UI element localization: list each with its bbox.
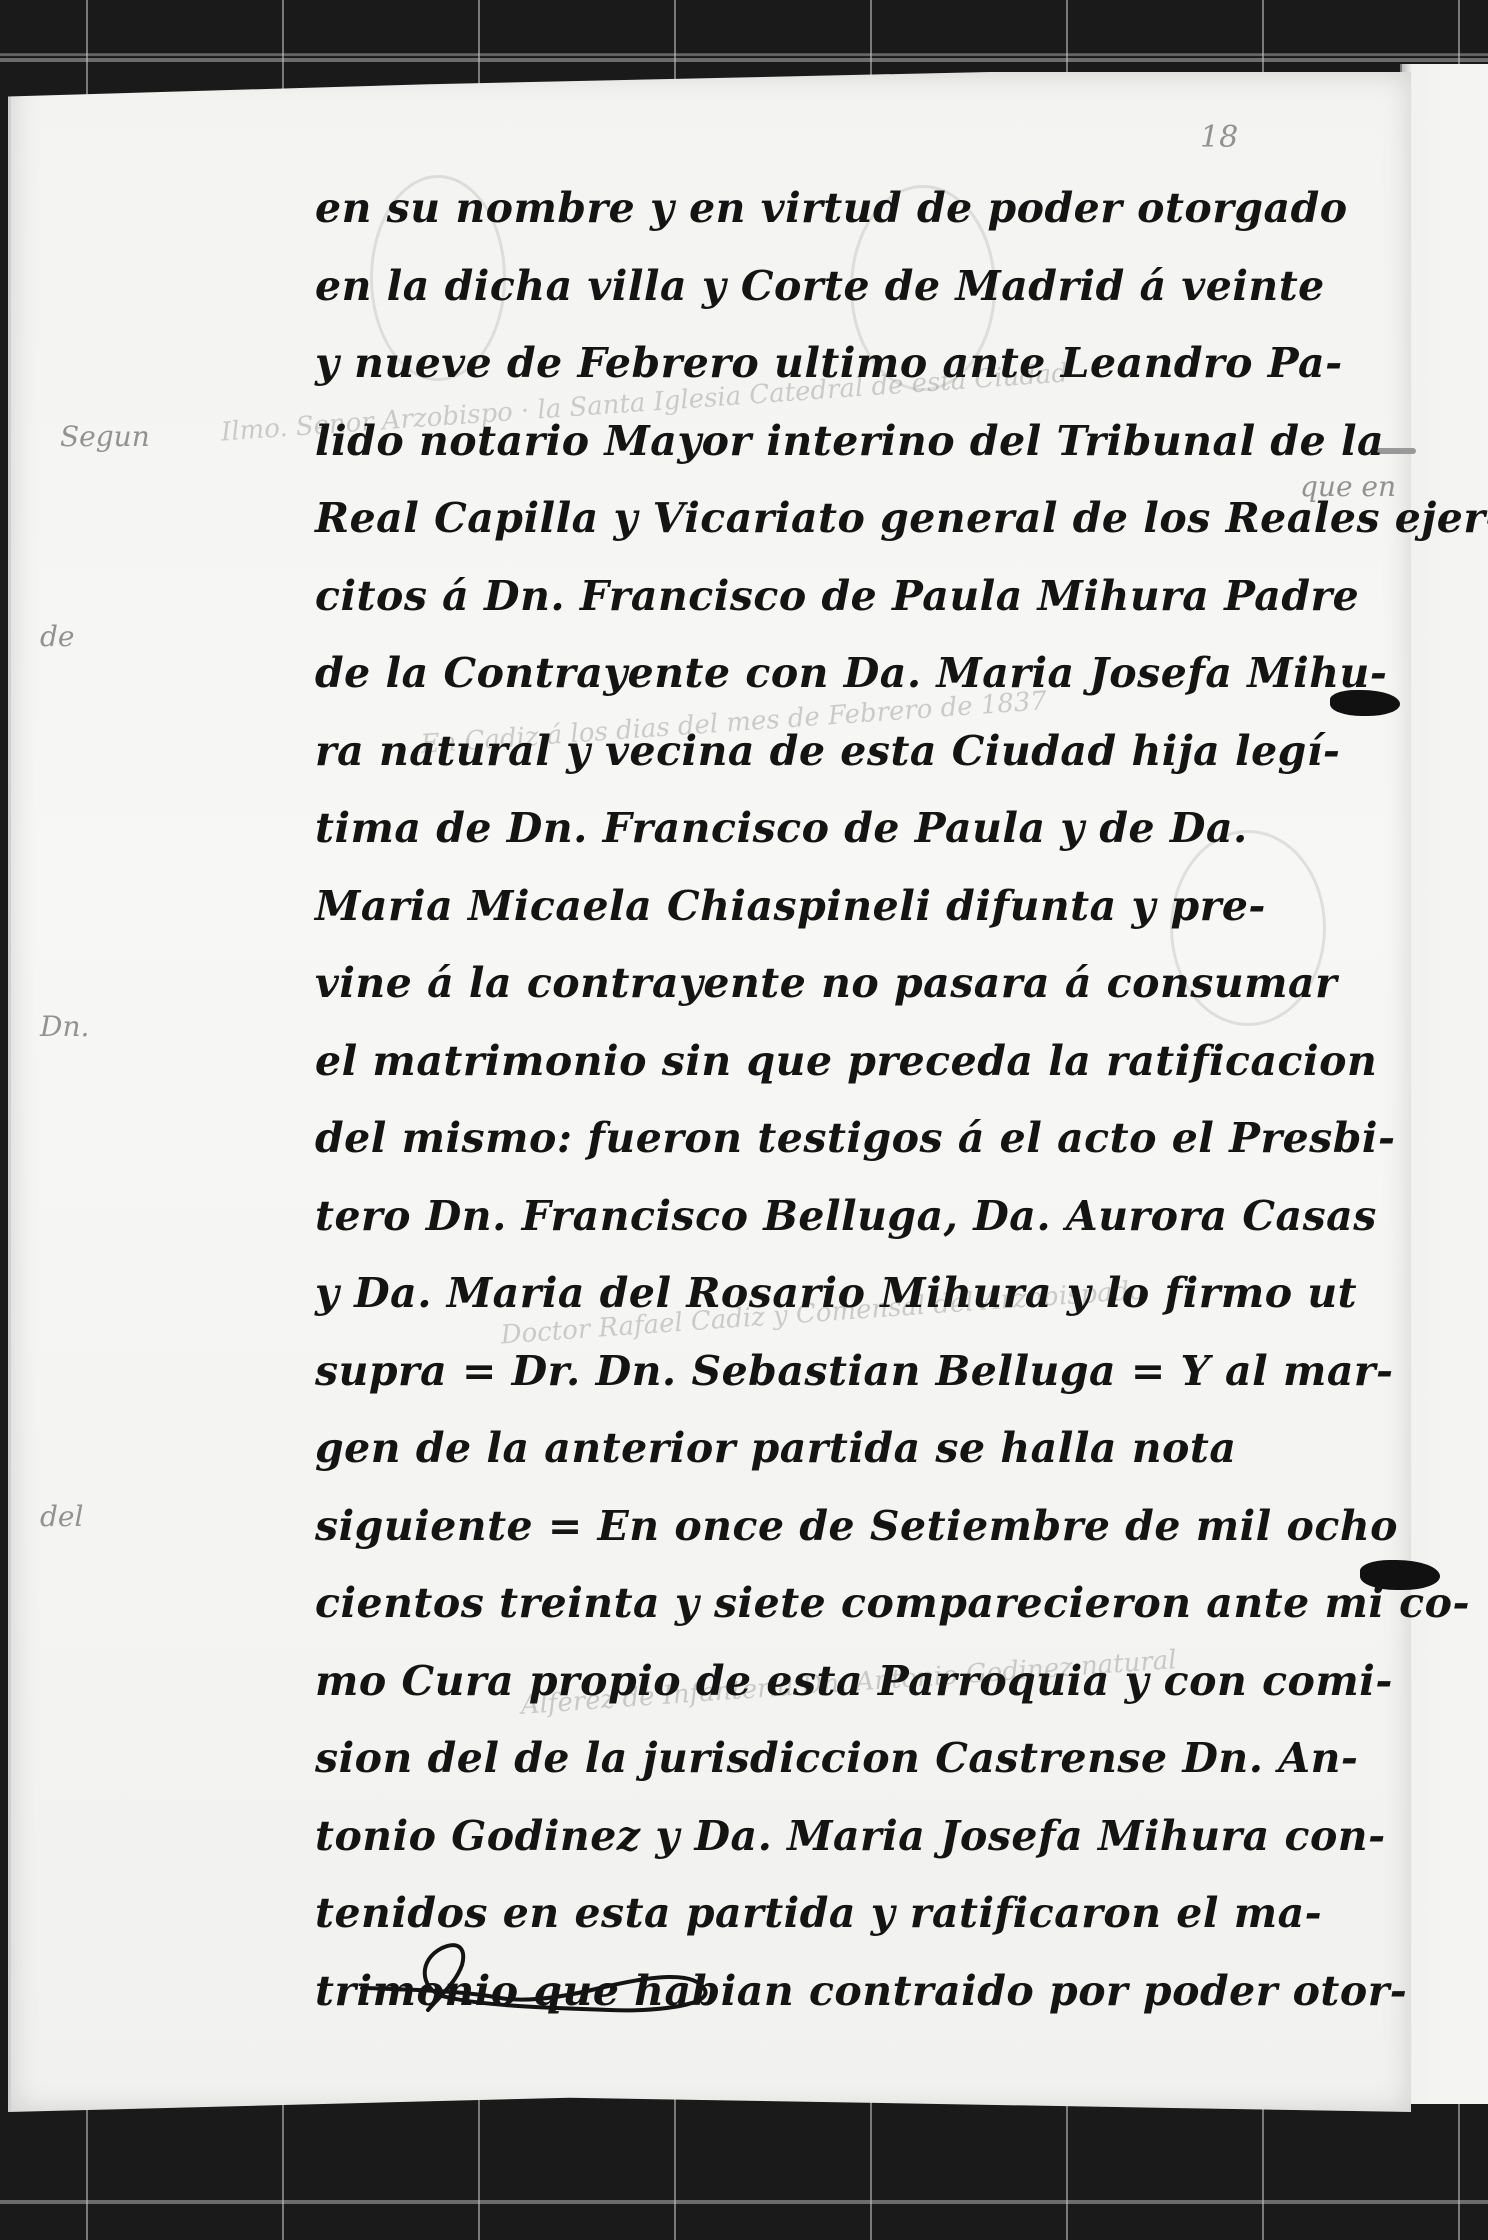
text-line: Maria Micaela Chiaspineli difunta y pre- — [315, 868, 1395, 946]
closing-flourish — [350, 1920, 730, 2030]
text-line: tero Dn. Francisco Belluga, Da. Aurora C… — [315, 1178, 1395, 1256]
text-line: tonio Godinez y Da. Maria Josefa Mihura … — [315, 1798, 1395, 1876]
folio-number: 18 — [1200, 120, 1238, 155]
margin-bleed-note: Dn. — [40, 1010, 89, 1043]
handwritten-text-block: en su nombre y en virtud de poder otorga… — [315, 170, 1395, 2030]
background-grid-line — [0, 58, 1488, 62]
text-line: en la dicha villa y Corte de Madrid á ve… — [315, 248, 1395, 326]
text-line: lido notario Mayor interino del Tribunal… — [315, 403, 1395, 481]
text-line: ra natural y vecina de esta Ciudad hija … — [315, 713, 1395, 791]
text-line: del mismo: fueron testigos á el acto el … — [315, 1100, 1395, 1178]
text-line: Real Capilla y Vicariato general de los … — [315, 480, 1395, 558]
text-line: el matrimonio sin que preceda la ratific… — [315, 1023, 1395, 1101]
text-line: supra = Dr. Dn. Sebastian Belluga = Y al… — [315, 1333, 1395, 1411]
margin-bleed-note: del — [40, 1500, 83, 1533]
text-line: vine á la contrayente no pasara á consum… — [315, 945, 1395, 1023]
margin-bleed-note: de — [40, 620, 75, 653]
text-line: cientos treinta y siete comparecieron an… — [315, 1565, 1395, 1643]
text-line: en su nombre y en virtud de poder otorga… — [315, 170, 1395, 248]
text-line: mo Cura propio de esta Parroquia y con c… — [315, 1643, 1395, 1721]
margin-bleed-note: Segun — [60, 420, 150, 453]
text-line: tima de Dn. Francisco de Paula y de Da. — [315, 790, 1395, 868]
text-line: gen de la anterior partida se halla nota — [315, 1410, 1395, 1488]
text-line: y Da. Maria del Rosario Mihura y lo firm… — [315, 1255, 1395, 1333]
text-line: de la Contrayente con Da. Maria Josefa M… — [315, 635, 1395, 713]
text-line: siguiente = En once de Setiembre de mil … — [315, 1488, 1395, 1566]
facing-page-edge — [1400, 64, 1488, 2104]
text-line: y nueve de Febrero ultimo ante Leandro P… — [315, 325, 1395, 403]
background-grid-line — [0, 2200, 1488, 2204]
text-line: sion del de la jurisdiccion Castrense Dn… — [315, 1720, 1395, 1798]
text-line: citos á Dn. Francisco de Paula Mihura Pa… — [315, 558, 1395, 636]
